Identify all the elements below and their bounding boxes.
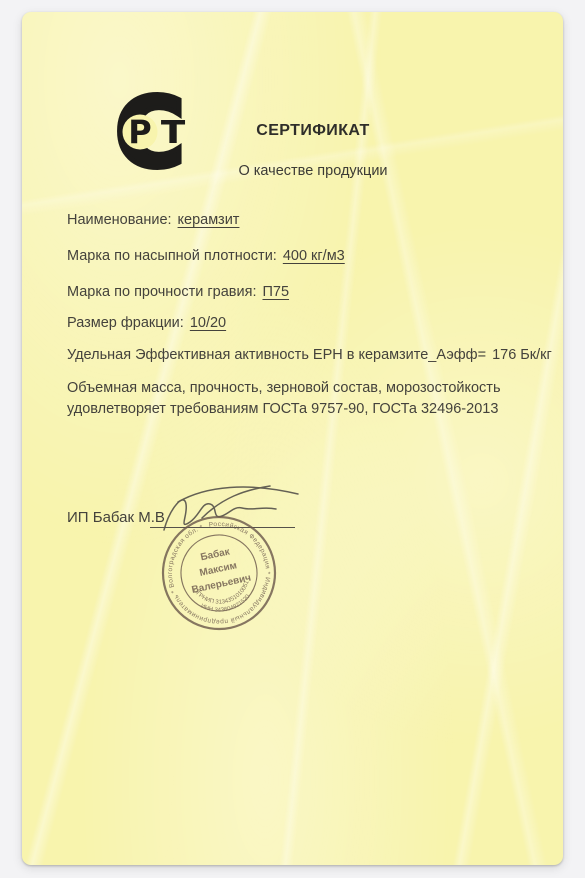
field-bulk-density-label: Марка по насыпной плотности: <box>67 248 277 264</box>
certificate-title: СЕРТИФИКАТ <box>182 122 444 140</box>
field-gravel-strength: Марка по прочности гравия:П75 <box>67 284 572 300</box>
entrepreneur-round-stamp: Российская Федерация * Индивидуальный пр… <box>130 484 308 662</box>
certificate-subtitle: О качестве продукции <box>182 163 444 179</box>
field-specific-activity-value: 176 Бк/кг <box>492 347 552 363</box>
certificate-header: СЕРТИФИКАТ О качестве продукции <box>182 122 444 179</box>
rst-logo-letter-p: Р <box>128 113 151 151</box>
field-bulk-density: Марка по насыпной плотности:400 кг/м3 <box>67 248 572 264</box>
field-name-label: Наименование: <box>67 212 172 228</box>
field-gravel-strength-label: Марка по прочности гравия: <box>67 284 256 300</box>
field-name: Наименование:керамзит <box>67 212 572 228</box>
field-specific-activity: Удельная Эффективная активность ЕРН в ке… <box>67 347 572 363</box>
field-fraction-size: Размер фракции:10/20 <box>67 315 572 331</box>
field-bulk-density-value: 400 кг/м3 <box>283 248 345 264</box>
stamp-center-line1: Бабак <box>199 545 231 563</box>
field-gravel-strength-value: П75 <box>262 284 289 300</box>
field-specific-activity-label: Удельная Эффективная активность ЕРН в ке… <box>67 347 486 363</box>
certificate-page: С Р т СЕРТИФИКАТ О качестве продукции На… <box>22 12 563 865</box>
field-name-value: керамзит <box>178 212 240 228</box>
field-fraction-size-label: Размер фракции: <box>67 315 184 331</box>
field-fraction-size-value: 10/20 <box>190 315 226 331</box>
gost-compliance-paragraph: Объемная масса, прочность, зерновой сост… <box>67 378 549 420</box>
